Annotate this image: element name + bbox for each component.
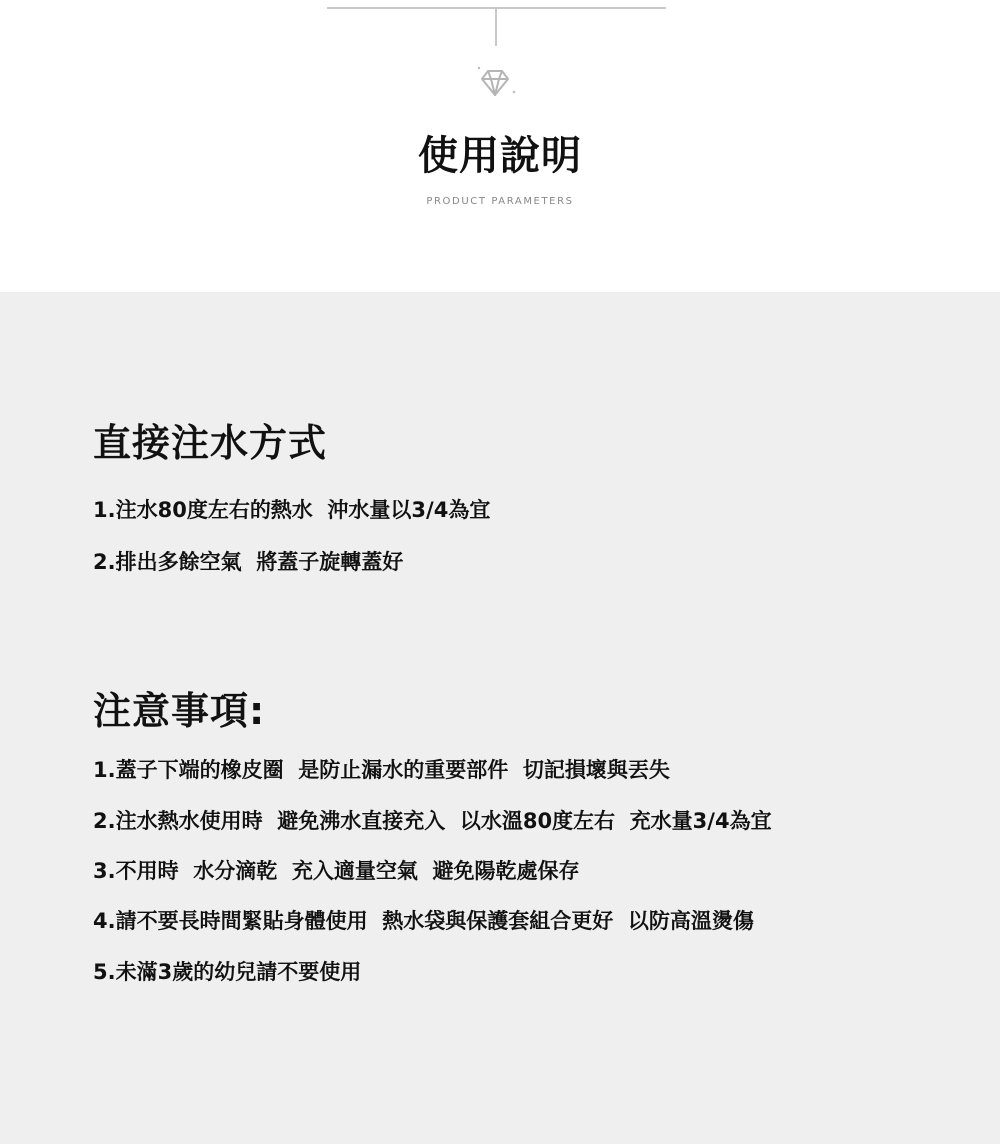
page-title: 使用說明: [0, 124, 1000, 181]
list-item: 5.未滿3歲的幼兒請不要使用: [93, 956, 361, 986]
list-item: 2.排出多餘空氣 將蓋子旋轉蓋好: [93, 546, 403, 576]
list-item: 1.蓋子下端的橡皮圈 是防止漏水的重要部件 切記損壞與丟失: [93, 754, 670, 784]
header-section: 使用說明 PRODUCT PARAMETERS: [0, 0, 1000, 292]
page-subtitle: PRODUCT PARAMETERS: [0, 196, 1000, 207]
vertical-divider-line: [495, 8, 497, 46]
list-item: 4.請不要長時間緊貼身體使用 熱水袋與保護套組合更好 以防高溫燙傷: [93, 905, 754, 935]
section-heading-direct-fill: 直接注水方式: [93, 412, 327, 467]
section-heading-precautions: 注意事項:: [93, 680, 265, 735]
list-item: 1.注水80度左右的熱水 沖水量以3/4為宜: [93, 494, 490, 524]
list-item: 2.注水熱水使用時 避免沸水直接充入 以水溫80度左右 充水量3/4為宜: [93, 805, 772, 835]
diamond-icon: [470, 62, 530, 102]
list-item: 3.不用時 水分滴乾 充入適量空氣 避免陽乾處保存: [93, 855, 579, 885]
